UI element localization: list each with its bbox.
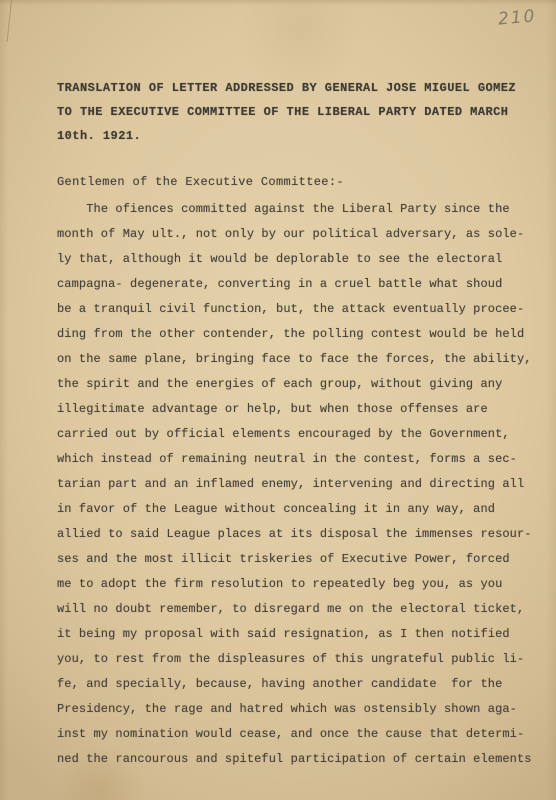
document-page: 210 TRANSLATION OF LETTER ADDRESSED BY G… bbox=[0, 0, 556, 800]
handwritten-page-number: 210 bbox=[497, 6, 537, 29]
letter-salutation: Gentlemen of the Executive Committee:- bbox=[57, 170, 542, 194]
letter-title: TRANSLATION OF LETTER ADDRESSED BY GENER… bbox=[57, 76, 542, 148]
paper-crease bbox=[7, 0, 13, 42]
letter-body: The ofiences committed against the Liber… bbox=[57, 197, 542, 772]
